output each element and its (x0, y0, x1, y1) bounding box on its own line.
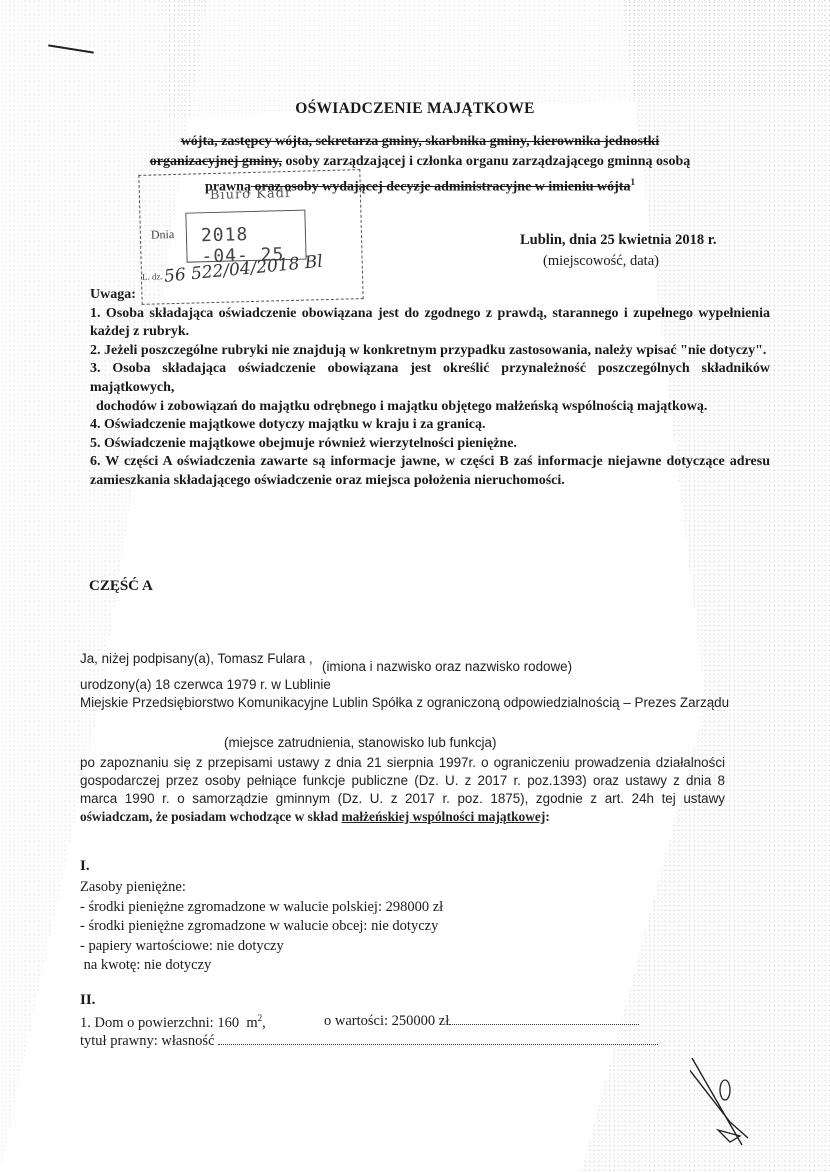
stamp-header: Biuro Kadr (210, 186, 293, 203)
birth-line: urodzony(a) 18 czerwca 1979 r. w Lublini… (80, 676, 331, 694)
note-item: 1. Osoba składająca oświadczenie obowiąz… (90, 305, 770, 342)
subtitle-struck-text: wójta, zastępcy wójta, sekretarza gminy,… (181, 134, 660, 149)
subtitle-line-1: wójta, zastępcy wójta, sekretarza gminy,… (80, 132, 760, 152)
cash-item: - środki pieniężne zgromadzone w walucie… (80, 917, 443, 937)
document-title: OŚWIADCZENIE MAJĄTKOWE (0, 100, 830, 118)
scan-pen-mark (48, 44, 94, 53)
note-item: 6. W części A oświadczenia zawarte są in… (90, 453, 770, 490)
registry-stamp: Biuro Kadr Dnia 2018 -04- 25 L. dz. 56 5… (138, 169, 363, 305)
dotted-fill-line (218, 1044, 658, 1045)
house-value-line: o wartości: 250000 zł (324, 1013, 639, 1030)
declaration-bold: oświadczam, że posiadam wchodzące w skła… (80, 809, 341, 824)
cash-label: Zasoby pieniężne: (80, 878, 443, 898)
note-item: dochodów i zobowiązań do majątku odrębne… (90, 398, 770, 417)
legal-title-line: tytuł prawny: własność (80, 1033, 658, 1050)
handwritten-signature (690, 1050, 760, 1150)
place-date-caption: (miejscowość, data) (543, 253, 659, 270)
employer-caption: (miejsce zatrudnienia, stanowisko lub fu… (224, 734, 496, 752)
note-item: 2. Jeżeli poszczególne rubryki nie znajd… (90, 342, 770, 361)
stamp-date-label: Dnia (151, 227, 175, 243)
house-value: o wartości: 250000 zł (324, 1013, 449, 1029)
employer-text: Miejskie Przedsiębiorstwo Komunikacyjne … (80, 694, 740, 712)
part-a-heading: CZĘŚĆ A (89, 578, 153, 595)
subtitle-struck-text: organizacyjnej gminy, (150, 154, 282, 169)
cash-item: - środki pieniężne zgromadzone w walucie… (80, 898, 443, 918)
house-area: 1. Dom o powierzchni: 160 m2, (80, 1013, 266, 1032)
legal-basis-paragraph: po zapoznaniu się z przepisami ustawy z … (80, 754, 725, 826)
legal-title: tytuł prawny: własność (80, 1033, 215, 1049)
section-1-heading: I. (80, 858, 90, 875)
note-item: 3. Osoba składająca oświadczenie obowiąz… (90, 360, 770, 397)
subtitle-text: osoby zarządzającej i członka organu zar… (282, 154, 690, 169)
declarant-line: Ja, niżej podpisany(a), Tomasz Fulara , (80, 650, 313, 668)
note-item: 4. Oświadczenie majątkowe dotyczy majątk… (90, 416, 770, 435)
note-item: 5. Oświadczenie majątkowe obejmuje równi… (90, 435, 770, 454)
legal-text: po zapoznaniu się z przepisami ustawy z … (80, 755, 725, 806)
house-comma: , (262, 1015, 266, 1031)
declaration-colon: : (545, 809, 549, 824)
stamp-register-label: L. dz. (142, 271, 163, 282)
subtitle-line-2: organizacyjnej gminy, osoby zarządzające… (80, 152, 760, 172)
house-label: 1. Dom o powierzchni: 160 (80, 1015, 239, 1031)
cash-item: - papiery wartościowe: nie dotyczy (80, 937, 443, 957)
notes-block: Uwaga: 1. Osoba składająca oświadczenie … (90, 286, 770, 491)
house-unit: m (246, 1015, 257, 1031)
dotted-fill-line (449, 1024, 639, 1025)
cash-resources: Zasoby pieniężne: - środki pieniężne zgr… (80, 878, 443, 976)
section-2-heading: II. (80, 992, 95, 1009)
notes-heading: Uwaga: (90, 286, 770, 305)
marital-property-underlined: małżeńskiej wspólności majątkowej (341, 809, 545, 824)
footnote-marker: 1 (630, 177, 635, 187)
place-date: Lublin, dnia 25 kwietnia 2018 r. (520, 232, 716, 249)
name-caption: (imiona i nazwisko oraz nazwisko rodowe) (322, 658, 572, 676)
cash-item: na kwotę: nie dotyczy (80, 956, 443, 976)
